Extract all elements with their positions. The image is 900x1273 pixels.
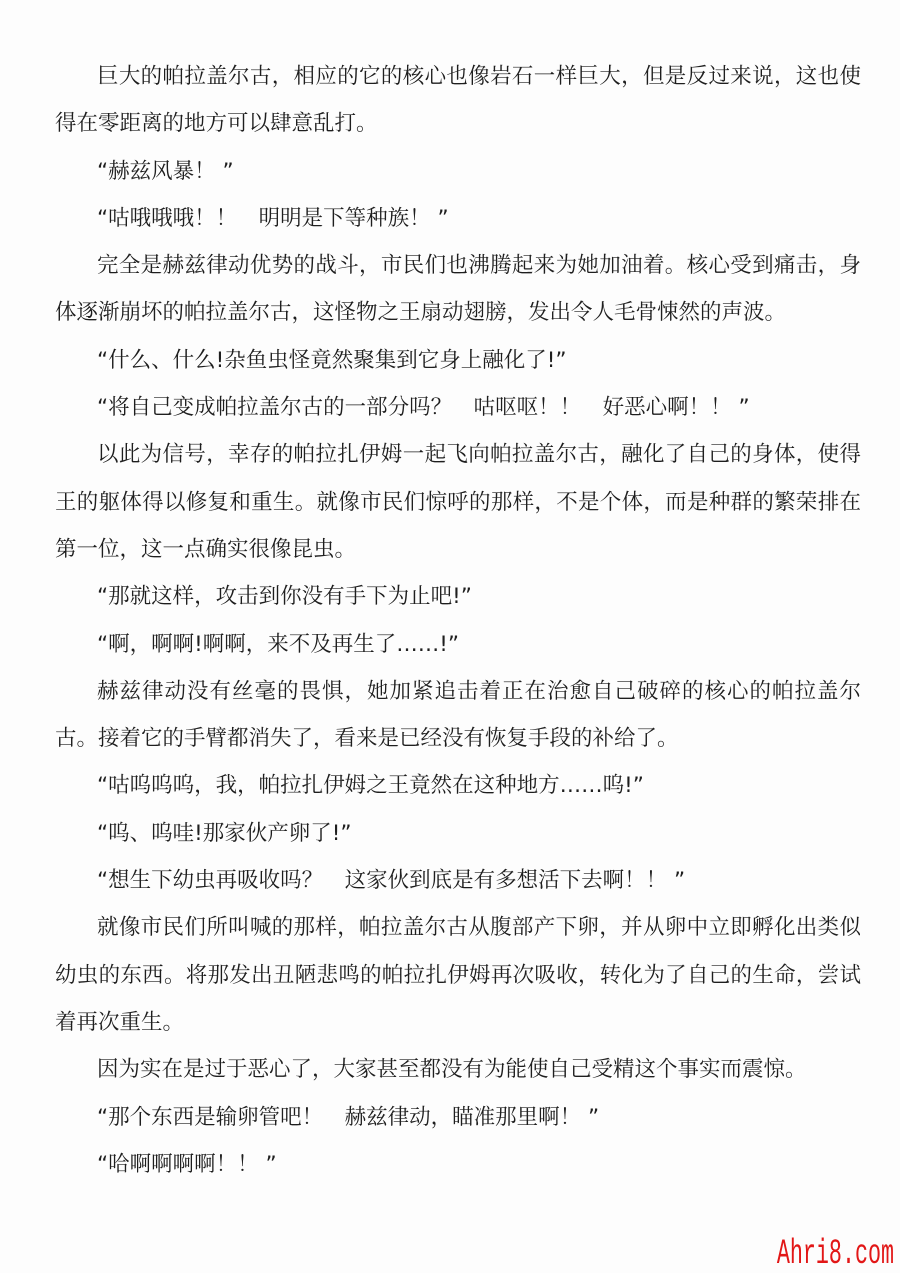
text-line: “那个东西是输卵管吧！ 赫兹律动，瞄准那里啊！ ” bbox=[55, 1094, 861, 1141]
text-line: 体逐渐崩坏的帕拉盖尔古，这怪物之王扇动翅膀，发出令人毛骨悚然的声波。 bbox=[55, 289, 861, 336]
text-line: 第一位，这一点确实很像昆虫。 bbox=[55, 526, 861, 573]
novel-text-block: 巨大的帕拉盖尔古，相应的它的核心也像岩石一样巨大，但是反过来说，这也使得在零距离… bbox=[55, 53, 861, 1188]
text-line: 幼虫的东西。将那发出丑陋悲鸣的帕拉扎伊姆再次吸收，转化为了自己的生命，尝试 bbox=[55, 952, 861, 999]
text-line: 得在零距离的地方可以肆意乱打。 bbox=[55, 100, 861, 147]
text-line: 以此为信号，幸存的帕拉扎伊姆一起飞向帕拉盖尔古，融化了自己的身体，使得 bbox=[55, 431, 861, 478]
text-line: “啊，啊啊!啊啊，来不及再生了……!” bbox=[55, 621, 861, 668]
text-line: 王的躯体得以修复和重生。就像市民们惊呼的那样，不是个体，而是种群的繁荣排在 bbox=[55, 479, 861, 526]
text-line: “什么、什么!杂鱼虫怪竟然聚集到它身上融化了!” bbox=[55, 337, 861, 384]
text-line: “哈啊啊啊啊！！ ” bbox=[55, 1141, 861, 1188]
text-line: 因为实在是过于恶心了，大家甚至都没有为能使自己受精这个事实而震惊。 bbox=[55, 1046, 861, 1093]
document-page: 巨大的帕拉盖尔古，相应的它的核心也像岩石一样巨大，但是反过来说，这也使得在零距离… bbox=[0, 0, 900, 1273]
text-line: “想生下幼虫再吸收吗？ 这家伙到底是有多想活下去啊！！ ” bbox=[55, 857, 861, 904]
text-line: “咕呜呜呜，我，帕拉扎伊姆之王竟然在这种地方……呜!” bbox=[55, 762, 861, 809]
text-line: 着再次重生。 bbox=[55, 999, 861, 1046]
text-line: “呜、呜哇!那家伙产卵了!” bbox=[55, 810, 861, 857]
text-line: “赫兹风暴！ ” bbox=[55, 148, 861, 195]
text-line: “咕哦哦哦！！ 明明是下等种族！ ” bbox=[55, 195, 861, 242]
text-line: 古。接着它的手臂都消失了，看来是已经没有恢复手段的补给了。 bbox=[55, 715, 861, 762]
text-line: 巨大的帕拉盖尔古，相应的它的核心也像岩石一样巨大，但是反过来说，这也使 bbox=[55, 53, 861, 100]
text-line: 赫兹律动没有丝毫的畏惧，她加紧追击着正在治愈自己破碎的核心的帕拉盖尔 bbox=[55, 668, 861, 715]
site-watermark: Ahri8.com bbox=[777, 1236, 894, 1273]
text-line: 完全是赫兹律动优势的战斗，市民们也沸腾起来为她加油着。核心受到痛击，身 bbox=[55, 242, 861, 289]
text-line: “将自己变成帕拉盖尔古的一部分吗？ 咕呕呕！！ 好恶心啊！！ ” bbox=[55, 384, 861, 431]
text-line: “那就这样，攻击到你没有手下为止吧!” bbox=[55, 573, 861, 620]
text-line: 就像市民们所叫喊的那样，帕拉盖尔古从腹部产下卵，并从卵中立即孵化出类似 bbox=[55, 904, 861, 951]
